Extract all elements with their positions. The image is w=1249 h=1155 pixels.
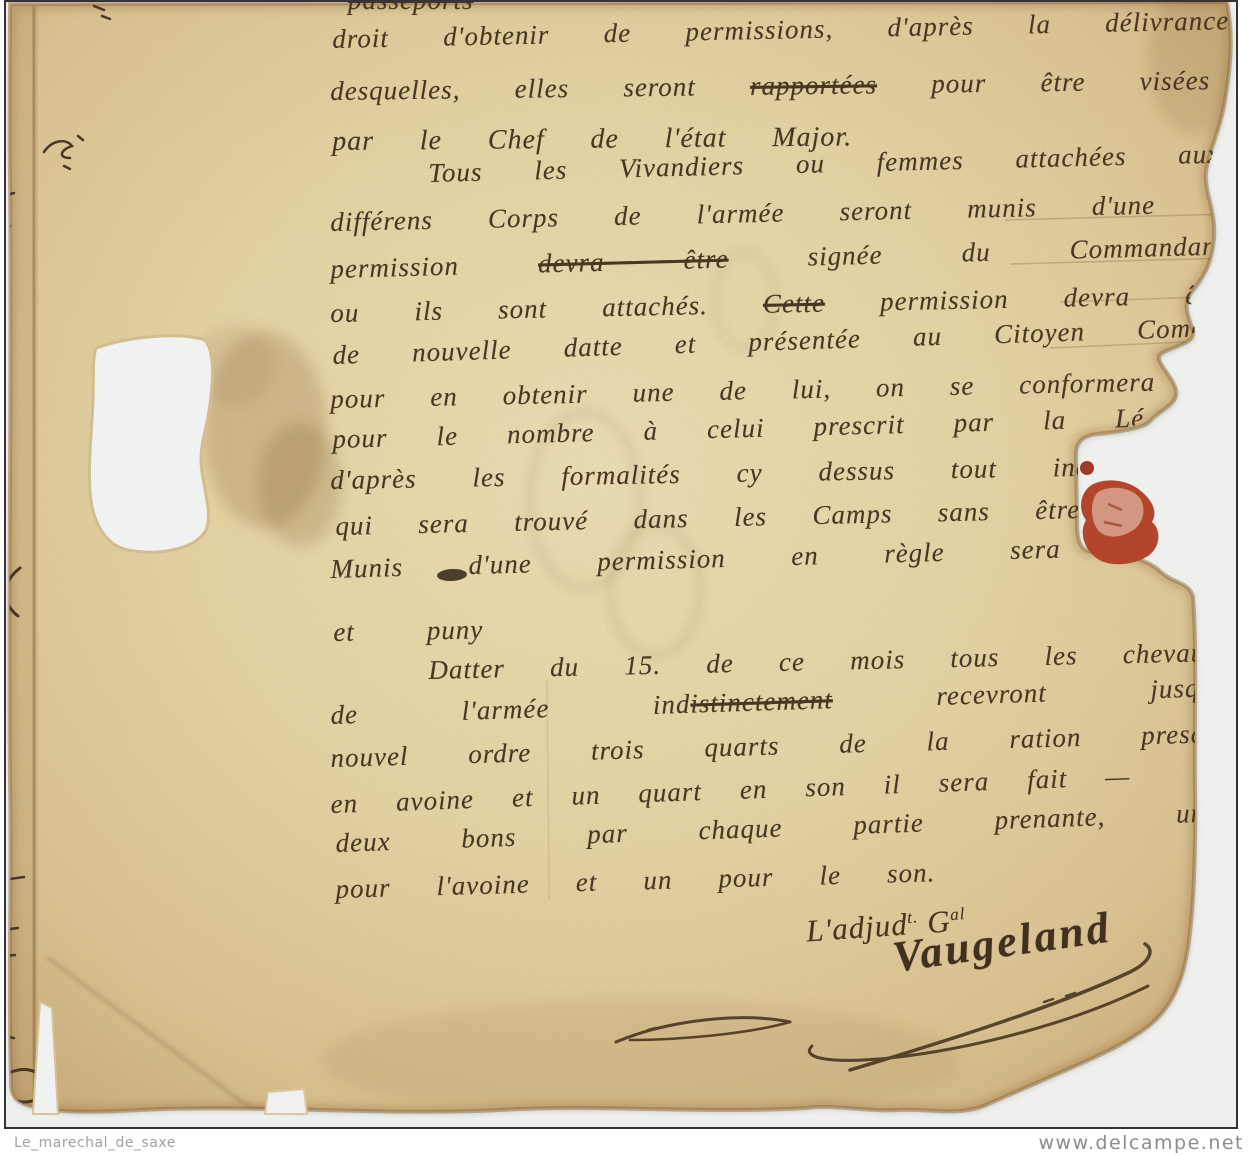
manuscript-line: d'après les formalités cy dessus tout in… [330,449,1120,498]
watermark-left: Le_marechal_de_saxe [14,1135,176,1151]
manuscript-line: et puny [333,612,484,650]
scan-page: passeports droit d'obtenir de permission… [0,0,1249,1155]
caption-bar: Le_marechal_de_saxe www.delcampe.net [0,1131,1249,1155]
watermark-right: www.delcampe.net [1038,1132,1244,1154]
manuscript-line: permission devra être signée du Commanda… [330,229,1226,288]
manuscript-line: pour l'avoine et un pour le son. [335,855,936,907]
manuscript-line: desquelles, elles seront rapportées pour… [330,63,1210,109]
manuscript-text: passeports droit d'obtenir de permission… [0,0,1249,1131]
manuscript-line: passeports [348,0,598,18]
